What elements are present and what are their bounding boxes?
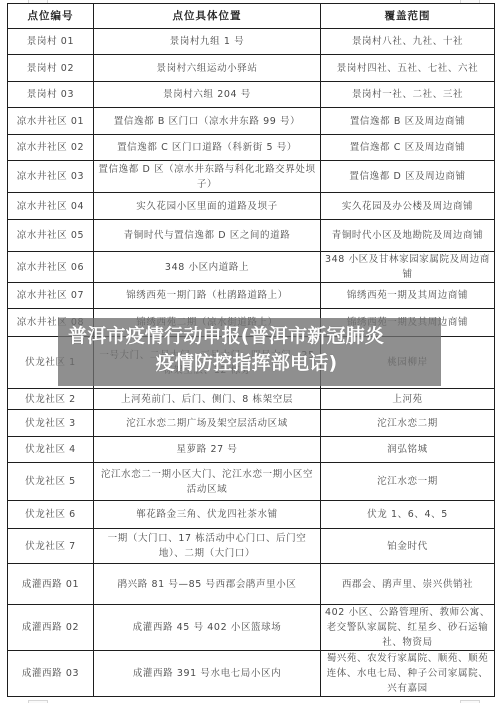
header-point-location: 点位具体位置	[94, 4, 321, 29]
point-location: 置信逸都 C 区门口道路（科新街 5 号）	[94, 135, 321, 161]
point-code: 成灌西路 02	[8, 605, 94, 651]
header-coverage: 覆盖范围	[321, 4, 495, 29]
table-row: 景岗村 02景岗村六组运动小驿站景岗村四社、五社、七社、六社	[8, 55, 495, 82]
table-header-row: 点位编号 点位具体位置 覆盖范围	[8, 4, 495, 29]
coverage-area: 上河苑	[321, 389, 495, 410]
point-location: 成灌西路 45 号 402 小区篮球场	[94, 605, 321, 651]
table-row: 凉水井社区 04实久花园小区里面的道路及坝子实久花园及办公楼及周边商铺	[8, 193, 495, 220]
point-location: 沱江水恋二一期小区大门、沱江水恋一期小区空活动区域	[94, 463, 321, 501]
point-location: 鹃兴路 81 号—85 号西郡会鹃声里小区	[94, 564, 321, 605]
point-code: 成灌西路 03	[8, 651, 94, 697]
point-code: 伏龙社区 3	[8, 410, 94, 437]
point-code: 凉水井社区 04	[8, 193, 94, 220]
coverage-area: 蜀兴苑、农发行家属院、顺苑、顺苑连体、水电七局、种子公司家属院、兴有嘉园	[321, 651, 495, 697]
point-code: 伏龙社区 2	[8, 389, 94, 410]
point-code: 凉水井社区 02	[8, 135, 94, 161]
point-code: 伏龙社区 6	[8, 501, 94, 529]
table-row: 伏龙社区 4星萝路 27 号润弘铭城	[8, 437, 495, 463]
table-row: 景岗村 01景岗村九组 1 号景岗村八社、九社、十社	[8, 29, 495, 55]
point-location: 成灌西路 391 号水电七局小区内	[94, 651, 321, 697]
headline-title: 普洱市疫情行动申报(普洱市新冠肺炎 疫情防控指挥部电话)	[58, 323, 441, 377]
point-location: 上河苑前门、后门、侧门、8 栋架空层	[94, 389, 321, 410]
coverage-area: 景岗村四社、五社、七社、六社	[321, 55, 495, 82]
table-row: 景岗村 03景岗村六组 204 号景岗村一社、二社、三社	[8, 82, 495, 108]
coverage-area: 景岗村八社、九社、十社	[321, 29, 495, 55]
point-code: 凉水井社区 05	[8, 220, 94, 252]
point-location: 景岗村六组 204 号	[94, 82, 321, 108]
point-code: 伏龙社区 7	[8, 529, 94, 564]
point-location: 景岗村六组运动小驿站	[94, 55, 321, 82]
coverage-area: 铂金时代	[321, 529, 495, 564]
headline-overlay-banner: 普洱市疫情行动申报(普洱市新冠肺炎 疫情防控指挥部电话)	[58, 318, 441, 386]
table-row: 凉水井社区 06348 小区内道路上348 小区及甘林家园家属院及周边商铺	[8, 252, 495, 283]
coverage-area: 置信逸都 D 区及周边商铺	[321, 161, 495, 193]
point-location: 置信逸都 B 区门口（凉水井东路 99 号）	[94, 108, 321, 135]
table-row: 伏龙社区 7一期（大门口、17 栋活动中心门口、后门空地）、二期（大门口）铂金时…	[8, 529, 495, 564]
table-row: 伏龙社区 3沱江水恋二期广场及架空层活动区域沱江水恋二期	[8, 410, 495, 437]
point-code: 景岗村 02	[8, 55, 94, 82]
coverage-area: 置信逸都 C 区及周边商铺	[321, 135, 495, 161]
coverage-area: 348 小区及甘林家园家属院及周边商铺	[321, 252, 495, 283]
table-row: 凉水井社区 03置信逸都 D 区（凉水井东路与科化北路交界处坝子）置信逸都 D …	[8, 161, 495, 193]
coverage-area: 青铜时代小区及地勘院及周边商铺	[321, 220, 495, 252]
coverage-area: 西郡会、鹃声里、崇兴供销社	[321, 564, 495, 605]
table-row: 凉水井社区 07锦绣西苑一期门路（杜鹃路道路上）锦绣西苑一期及其周边商铺	[8, 283, 495, 309]
table-row: 成灌西路 02成灌西路 45 号 402 小区篮球场402 小区、公路管理所、教…	[8, 605, 495, 651]
point-location: 青铜时代与置信逸都 D 区之间的道路	[94, 220, 321, 252]
table-row: 伏龙社区 2上河苑前门、后门、侧门、8 栋架空层上河苑	[8, 389, 495, 410]
table-row: 成灌西路 03成灌西路 391 号水电七局小区内蜀兴苑、农发行家属院、顺苑、顺苑…	[8, 651, 495, 697]
table-row: 成灌西路 01鹃兴路 81 号—85 号西郡会鹃声里小区西郡会、鹃声里、崇兴供销…	[8, 564, 495, 605]
point-code: 景岗村 03	[8, 82, 94, 108]
point-location: 景岗村九组 1 号	[94, 29, 321, 55]
point-location: 锦绣西苑一期门路（杜鹃路道路上）	[94, 283, 321, 309]
point-location: 沱江水恋二期广场及架空层活动区域	[94, 410, 321, 437]
point-code: 伏龙社区 4	[8, 437, 94, 463]
point-location: 星萝路 27 号	[94, 437, 321, 463]
point-code: 凉水井社区 03	[8, 161, 94, 193]
headline-line-2: 疫情防控指挥部电话)	[58, 350, 441, 377]
point-code: 景岗村 01	[8, 29, 94, 55]
point-location: 实久花园小区里面的道路及坝子	[94, 193, 321, 220]
coverage-area: 沱江水恋一期	[321, 463, 495, 501]
point-location: 郸花路金三角、伏龙四社茶水铺	[94, 501, 321, 529]
coverage-area: 锦绣西苑一期及其周边商铺	[321, 283, 495, 309]
coverage-area: 沱江水恋二期	[321, 410, 495, 437]
coverage-area: 景岗村一社、二社、三社	[321, 82, 495, 108]
coverage-area: 伏龙 1、6、4、5	[321, 501, 495, 529]
coverage-area: 402 小区、公路管理所、教师公寓、老交警队家属院、红星乡、砂石运输社、物资局	[321, 605, 495, 651]
point-location: 置信逸都 D 区（凉水井东路与科化北路交界处坝子）	[94, 161, 321, 193]
table-row: 凉水井社区 05青铜时代与置信逸都 D 区之间的道路青铜时代小区及地勘院及周边商…	[8, 220, 495, 252]
table-row: 凉水井社区 02置信逸都 C 区门口道路（科新街 5 号）置信逸都 C 区及周边…	[8, 135, 495, 161]
header-point-code: 点位编号	[8, 4, 94, 29]
coverage-area: 置信逸都 B 区及周边商铺	[321, 108, 495, 135]
coverage-area: 润弘铭城	[321, 437, 495, 463]
point-code: 凉水井社区 01	[8, 108, 94, 135]
point-code: 成灌西路 01	[8, 564, 94, 605]
table-row: 伏龙社区 5沱江水恋二一期小区大门、沱江水恋一期小区空活动区域沱江水恋一期	[8, 463, 495, 501]
coverage-area: 实久花园及办公楼及周边商铺	[321, 193, 495, 220]
point-code: 伏龙社区 5	[8, 463, 94, 501]
headline-line-1: 普洱市疫情行动申报(普洱市新冠肺炎	[58, 323, 441, 350]
point-code: 凉水井社区 06	[8, 252, 94, 283]
table-row: 伏龙社区 6郸花路金三角、伏龙四社茶水铺伏龙 1、6、4、5	[8, 501, 495, 529]
point-code: 凉水井社区 07	[8, 283, 94, 309]
point-location: 348 小区内道路上	[94, 252, 321, 283]
point-location: 一期（大门口、17 栋活动中心门口、后门空地）、二期（大门口）	[94, 529, 321, 564]
table-row: 凉水井社区 01置信逸都 B 区门口（凉水井东路 99 号）置信逸都 B 区及周…	[8, 108, 495, 135]
